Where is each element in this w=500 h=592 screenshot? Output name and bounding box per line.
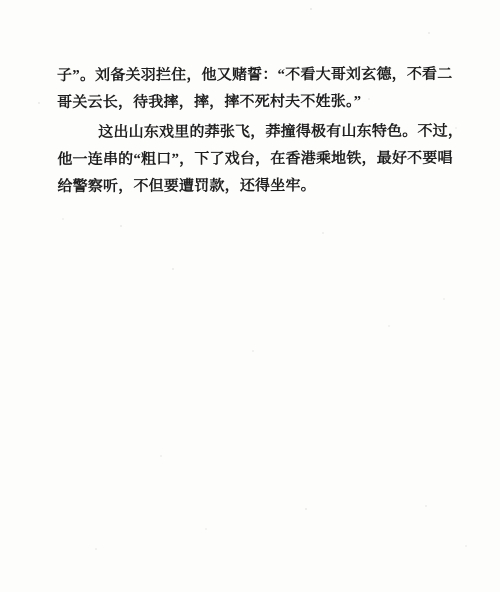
- paragraph-2: 这出山东戏里的莽张飞，莽撞得极有山东特色。不过， 他一连串的“粗口”，下了戏台，…: [57, 119, 472, 201]
- text-line: 这出山东戏里的莽张飞，莽撞得极有山东特色。不过，: [57, 119, 472, 147]
- text-line: 子”。刘备关羽拦住，他又赌誓：“不看大哥刘玄德，不看二: [57, 62, 472, 90]
- text-line: 他一连串的“粗口”，下了戏台，在香港乘地铁，最好不要唱: [57, 146, 472, 174]
- scan-noise: [0, 0, 2, 2]
- text-line: 哥关云长，待我摔，摔，摔不死村夫不姓张。”: [57, 89, 472, 117]
- book-page: 子”。刘备关羽拦住，他又赌誓：“不看大哥刘玄德，不看二 哥关云长，待我摔，摔，摔…: [0, 0, 500, 592]
- paragraph-1: 子”。刘备关羽拦住，他又赌誓：“不看大哥刘玄德，不看二 哥关云长，待我摔，摔，摔…: [57, 62, 472, 117]
- text-block: 子”。刘备关羽拦住，他又赌誓：“不看大哥刘玄德，不看二 哥关云长，待我摔，摔，摔…: [57, 62, 472, 201]
- text-line: 给警察听，不但要遭罚款，还得坐牢。: [57, 173, 472, 201]
